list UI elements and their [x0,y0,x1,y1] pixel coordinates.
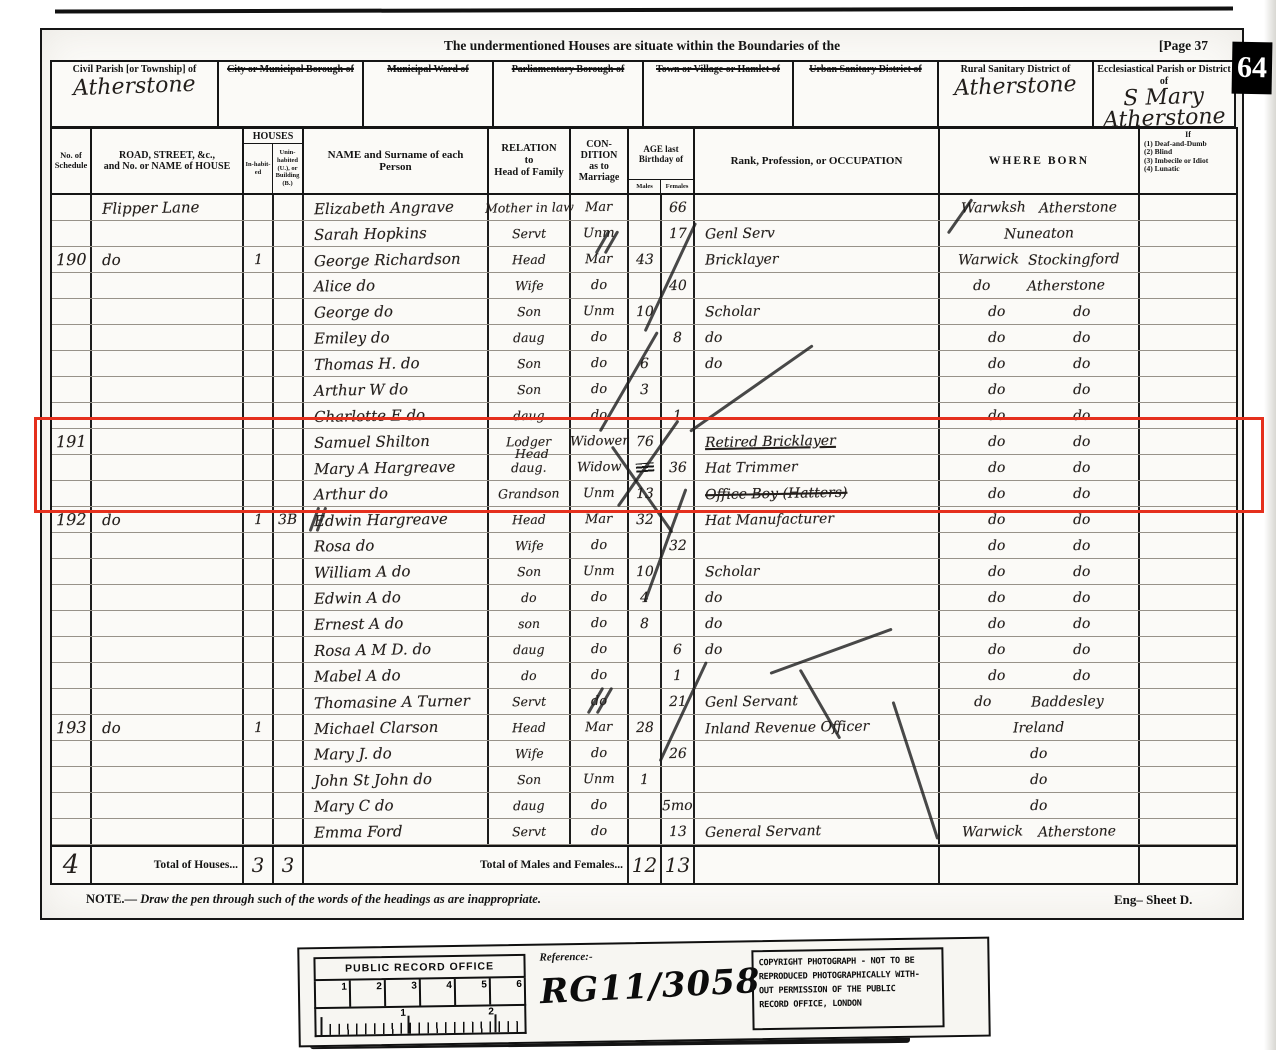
occupation-value: do [705,329,723,345]
table-row: George doSonUnm10Scholardodo [52,299,1236,325]
cell-infirm [1140,715,1236,740]
condition-value: do [591,538,607,553]
cell-name: Ernest A do [304,611,489,636]
cell-condition: do [571,741,629,766]
cell-name: Mabel A do [304,663,489,688]
district-cell: Rural Sanitary District ofAtherstone [939,62,1094,126]
table-row: Flipper LaneElizabeth AngraveMother in l… [52,195,1236,221]
cell-infirm [1140,533,1236,558]
pro-footer-strip: PUBLIC RECORD OFFICE 123456 1 2 Referenc… [297,937,990,1048]
name-value: Mary C do [314,796,394,815]
cell-uninhab [274,663,304,688]
name-value: Charlotte E do [314,406,425,426]
cell-born: dodo [940,663,1140,688]
inhab-value: 1 [253,251,262,267]
name-value: Edwin A do [314,588,401,608]
table-row: Sarah HopkinsServtUnm17Genl ServNuneaton [52,221,1236,247]
occupation-value: Hat Trimmer [705,459,798,477]
cell-age_m: 28 [629,715,662,740]
cell-name: Thomas H. do [304,351,489,376]
condition-value: do [591,668,607,683]
cell-uninhab [274,819,304,844]
name-value: Thomas H. do [314,354,420,374]
cell-name: Edwin A do [304,585,489,610]
cell-uninhab [274,351,304,376]
cm-ruler: 1 2 [314,1006,526,1037]
cell-occupation: Retired Bricklayer [695,429,940,454]
cell-infirm [1140,663,1236,688]
census-table: No. ofSchedule ROAD, STREET, &c.,and No.… [50,127,1238,885]
name-value: Mabel A do [314,666,401,686]
cell-name: John St John do [304,767,489,792]
cell-infirm [1140,793,1236,818]
cell-schedule: 192 [52,507,92,532]
occupation-value: Genl Servant [705,693,798,711]
cell-inhab [244,637,274,662]
born-value: do [988,511,1006,527]
cell-age_m [629,403,662,428]
occupation-value: Retired Bricklayer [705,432,836,450]
cell-schedule [52,637,92,662]
cell-inhab: 1 [244,247,274,272]
cell-relation: Head [489,715,571,740]
name-value: George do [314,302,393,321]
born-value: do [1073,459,1091,475]
table-row: Mary C dodaugdo5modo [52,793,1236,819]
condition-value: do [591,798,607,813]
condition-value: do [591,824,607,839]
cell-inhab [244,585,274,610]
cell-schedule: 191 [52,429,92,454]
condition-value: do [591,616,607,631]
cell-name: Elizabeth Angrave [304,195,489,220]
schedule-value: 191 [56,432,87,452]
cell-relation: daug [489,637,571,662]
cell-road [92,351,244,376]
occupation-value: Genl Serv [705,225,775,242]
condition-value: Unm [583,486,615,502]
cell-occupation: General Servant [695,819,940,844]
cell-born: dodo [940,533,1140,558]
condition-value: do [591,278,607,293]
district-cell: Municipal Ward of [364,62,494,126]
cell-road [92,273,244,298]
relation-value: Son [517,564,541,579]
cell-age_m [629,741,662,766]
cell-schedule [52,351,92,376]
cell-occupation [695,195,940,220]
condition-value: Widow [577,460,622,476]
occupation-value: do [705,615,723,631]
cell-name: Thomasine A Turner [304,689,489,714]
schedule-value: 193 [56,718,87,738]
cell-born: dodo [940,351,1140,376]
column-header-name: NAME and Surname of eachPerson [304,129,489,193]
born-value: do [988,589,1006,605]
cell-inhab: 1 [244,715,274,740]
cell-name: Alice do [304,273,489,298]
cell-age_f [662,377,695,402]
cell-age_m [629,793,662,818]
born-value: do [1073,667,1091,683]
pro-stamp: PUBLIC RECORD OFFICE 123456 1 2 [313,954,526,1037]
cell-uninhab [274,455,304,480]
cell-name: Arthur do [304,481,489,506]
cell-name: Charlotte E do [304,403,489,428]
relation-value: Son [517,772,541,787]
born-value: Ireland [1013,719,1065,736]
column-header-schedule: No. ofSchedule [52,129,92,193]
inch-ruler: 123456 [314,978,526,1009]
cell-name: William A do [304,559,489,584]
cell-age_f: 8 [662,325,695,350]
reference-value: RG11/3058 [539,962,746,1012]
cell-schedule [52,767,92,792]
born-value: do [988,563,1006,579]
born-value: do [988,615,1006,631]
cell-road: do [92,507,244,532]
born-value: do [1073,511,1091,527]
cell-uninhab [274,559,304,584]
district-label: Municipal Ward of [384,64,472,76]
cell-condition: do [571,611,629,636]
district-cell: Civil Parish [or Township] ofAtherstone [52,62,219,126]
scan-top-edge [55,6,1233,13]
district-cell: Urban Sanitary District of [794,62,939,126]
cell-relation: Son [489,351,571,376]
table-row: Rosa doWifedo32dodo [52,533,1236,559]
cell-infirm [1140,325,1236,350]
district-value: Atherstone [73,74,196,99]
cell-relation: Wife [489,533,571,558]
cell-infirm [1140,819,1236,844]
cell-name: Mary A Hargreave [304,455,489,480]
occupation-value: Scholar [705,563,760,580]
cell-inhab [244,611,274,636]
cell-inhab [244,403,274,428]
name-value: Mary J. do [314,744,392,763]
relation-value: Wife [515,746,544,761]
name-value: Ernest A do [314,614,404,634]
age_m-value: 43 [635,251,653,267]
cell-age_m [629,819,662,844]
cell-inhab [244,793,274,818]
cell-uninhab [274,741,304,766]
age_m-value: 76 [635,433,653,449]
born-value: do [988,381,1006,397]
cell-schedule: 190 [52,247,92,272]
cell-born: dodo [940,637,1140,662]
cell-age_f: 36 [662,455,695,480]
cell-age_f [662,767,695,792]
total-inhabited: 3 [252,853,265,877]
cell-born: dodo [940,585,1140,610]
column-header-age: AGE last Birthday of Males Females [629,129,695,193]
cell-schedule [52,611,92,636]
name-value: Rosa A M D. do [314,639,431,659]
table-row: Thomasine A TurnerServtdo21Genl Servantd… [52,689,1236,715]
cell-schedule [52,793,92,818]
condition-value: do [591,746,607,761]
age_f-value: 8 [673,329,682,345]
cell-age_f [662,559,695,584]
age_f-value: 1 [673,667,682,683]
cell-occupation: Office Boy (Hatters) [695,481,940,506]
table-row: Mary J. doWifedo26do [52,741,1236,767]
cell-condition: do [571,325,629,350]
cell-inhab [244,455,274,480]
cell-road [92,325,244,350]
cell-condition: do [571,585,629,610]
cell-schedule [52,325,92,350]
condition-value: do [591,330,607,345]
scan-right-edge [1264,0,1276,1050]
cell-occupation: Hat Trimmer [695,455,940,480]
born-value: do [988,537,1006,553]
cell-condition: Widower [571,429,629,454]
total-males-females-label: Total of Males and Females... [304,847,629,883]
cell-uninhab [274,325,304,350]
cell-road: do [92,247,244,272]
cell-age_f [662,351,695,376]
born-value: do [1073,563,1091,579]
born-value: do [988,667,1006,683]
cell-relation: son [489,611,571,636]
district-value: Atherstone [954,74,1077,99]
cell-road [92,403,244,428]
born-value: do [1073,485,1091,501]
cell-infirm [1140,273,1236,298]
cell-relation: Son [489,767,571,792]
cell-name: Rosa do [304,533,489,558]
cell-occupation: Genl Serv [695,221,940,246]
cell-infirm [1140,221,1236,246]
born-value: Warwick [958,251,1019,268]
cell-inhab [244,377,274,402]
cell-road [92,585,244,610]
name-value: Michael Clarson [314,717,439,737]
occupation-value: do [705,355,723,371]
name-value: Sarah Hopkins [314,224,427,244]
name-value: Elizabeth Angrave [314,197,454,217]
relation-value: Head [512,720,546,736]
table-row: Rosa A M D. dodaugdo6dododo [52,637,1236,663]
age_f-value: 17 [668,225,686,241]
cell-condition: Unm [571,767,629,792]
inch-cell: 1 [316,981,351,1008]
cell-age_m: 8 [629,611,662,636]
cell-infirm [1140,559,1236,584]
cell-uninhab [274,793,304,818]
cell-schedule [52,585,92,610]
cell-road [92,533,244,558]
cell-name: Sarah Hopkins [304,221,489,246]
age_m-value: 3 [640,381,649,397]
cell-schedule [52,819,92,844]
cell-schedule [52,377,92,402]
table-row: 190do1George RichardsonHeadMar43Bricklay… [52,247,1236,273]
condition-value: do [591,642,607,657]
column-header-infirmity: If (1) Deaf-and-Dumb(2) Blind (3) Imbeci… [1140,129,1236,193]
cell-inhab [244,689,274,714]
cell-road [92,741,244,766]
age_f-value: 26 [668,745,686,761]
cell-born: dodo [940,325,1140,350]
cell-infirm [1140,585,1236,610]
cell-relation: Son [489,299,571,324]
born-value: do [988,329,1006,345]
age_m-value: 8 [640,615,649,631]
road-value: do [102,250,121,268]
cell-name: Edwin Hargreave [304,507,489,532]
road-value: Flipper Lane [102,198,200,218]
cell-occupation [695,663,940,688]
district-label: Ecclesiastical Parish or District of [1094,64,1234,87]
cell-occupation [695,533,940,558]
cell-schedule [52,689,92,714]
born-value: do [1073,329,1091,345]
cell-schedule [52,299,92,324]
total-uninhabited: 3 [282,853,295,877]
condition-value: Unm [583,772,615,788]
cell-born: doAtherstone [940,273,1140,298]
relation-value: do [521,590,537,605]
cell-relation: Son [489,559,571,584]
cell-age_m [629,195,662,220]
born-value: do [988,485,1006,501]
cell-occupation: do [695,325,940,350]
cell-inhab [244,351,274,376]
cell-born: dodo [940,299,1140,324]
cell-condition: Mar [571,715,629,740]
cell-uninhab [274,767,304,792]
district-header: Civil Parish [or Township] ofAtherstoneC… [50,60,1236,128]
cell-uninhab [274,221,304,246]
cell-name: Michael Clarson [304,715,489,740]
born-value: Atherstone [1027,277,1105,294]
cell-road [92,377,244,402]
column-header-condition: CON-DITION as toMarriage [571,129,629,193]
table-row: Mabel A dododo1dodo [52,663,1236,689]
age_f-value: 5mo [662,797,693,814]
relation-value: daug. [511,460,547,476]
born-value: do [1073,433,1091,449]
cell-inhab [244,533,274,558]
cell-born: dodo [940,559,1140,584]
born-value: do [988,641,1006,657]
cell-name: Emiley do [304,325,489,350]
occupation-value: Office Boy (Hatters) [705,484,848,502]
cell-age_f [662,611,695,636]
condition-value: Mar [585,252,613,267]
cell-inhab [244,221,274,246]
relation-value: daug [513,798,545,814]
footnote: NOTE.— Draw the pen through such of the … [86,892,541,907]
cell-road [92,429,244,454]
column-header-born: WHERE BORN [940,129,1140,193]
cell-relation: daug [489,325,571,350]
condition-value: Mar [585,720,613,735]
born-value: do [974,693,992,709]
cell-road: do [92,715,244,740]
schedule-value: 190 [56,250,87,270]
cell-road: Flipper Lane [92,195,244,220]
cell-road [92,689,244,714]
cell-road [92,819,244,844]
cell-occupation: Bricklayer [695,247,940,272]
cell-age_f: 5mo [662,793,695,818]
cell-name: Mary J. do [304,741,489,766]
corner-page-number: 64 [1232,42,1273,95]
inch-cell: 3 [386,980,421,1007]
cell-occupation: do [695,585,940,610]
name-value: Arthur W do [314,380,408,400]
cell-infirm [1140,455,1236,480]
cell-occupation: do [695,351,940,376]
cell-road [92,221,244,246]
age_m-value: 28 [635,719,653,735]
column-header-relation: RELATIONtoHead of Family [489,129,571,193]
schedule-total: 4 [63,850,80,880]
cell-uninhab [274,377,304,402]
cell-born: dodo [940,507,1140,532]
born-value: Atherstone [1038,823,1116,840]
cell-relation: Head [489,507,571,532]
cell-condition: Unm [571,299,629,324]
cell-relation: Grandson [489,481,571,506]
cell-infirm [1140,247,1236,272]
cell-schedule [52,221,92,246]
cell-born: dodo [940,429,1140,454]
table-row: John St John doSonUnm1do [52,767,1236,793]
cell-infirm [1140,429,1236,454]
cell-relation: Servt [489,689,571,714]
born-value: do [1073,355,1091,371]
inch-cell: 5 [456,978,491,1005]
age_f-value: 32 [668,537,686,553]
cell-inhab [244,429,274,454]
name-value: Emma Ford [314,822,403,842]
cell-condition: do [571,793,629,818]
page-title: The undermentioned Houses are situate wi… [42,38,1242,54]
cm-label: 1 [400,1008,406,1019]
relation-value: Servt [512,824,546,840]
relation-value: Wife [515,538,544,553]
cell-relation: Wife [489,741,571,766]
cell-schedule [52,663,92,688]
cell-uninhab [274,273,304,298]
cell-relation: Servt [489,819,571,844]
cell-uninhab [274,481,304,506]
table-row: 191Samuel ShiltonLodgerWidower76Retired … [52,429,1236,455]
cell-born: dodo [940,403,1140,428]
cell-infirm [1140,299,1236,324]
cell-inhab [244,299,274,324]
age_f-value: 40 [668,277,686,293]
name-value: Alice do [314,276,375,295]
cell-born: doBaddesley [940,689,1140,714]
cell-relation: Servt [489,221,571,246]
cell-road [92,637,244,662]
cell-born: dodo [940,481,1140,506]
cell-road [92,481,244,506]
cell-schedule [52,533,92,558]
cell-born: Nuneaton [940,221,1140,246]
born-value: do [988,407,1006,423]
name-value: Emiley do [314,328,390,347]
occupation-value: Scholar [705,303,760,320]
age_f-value: 66 [668,199,686,215]
